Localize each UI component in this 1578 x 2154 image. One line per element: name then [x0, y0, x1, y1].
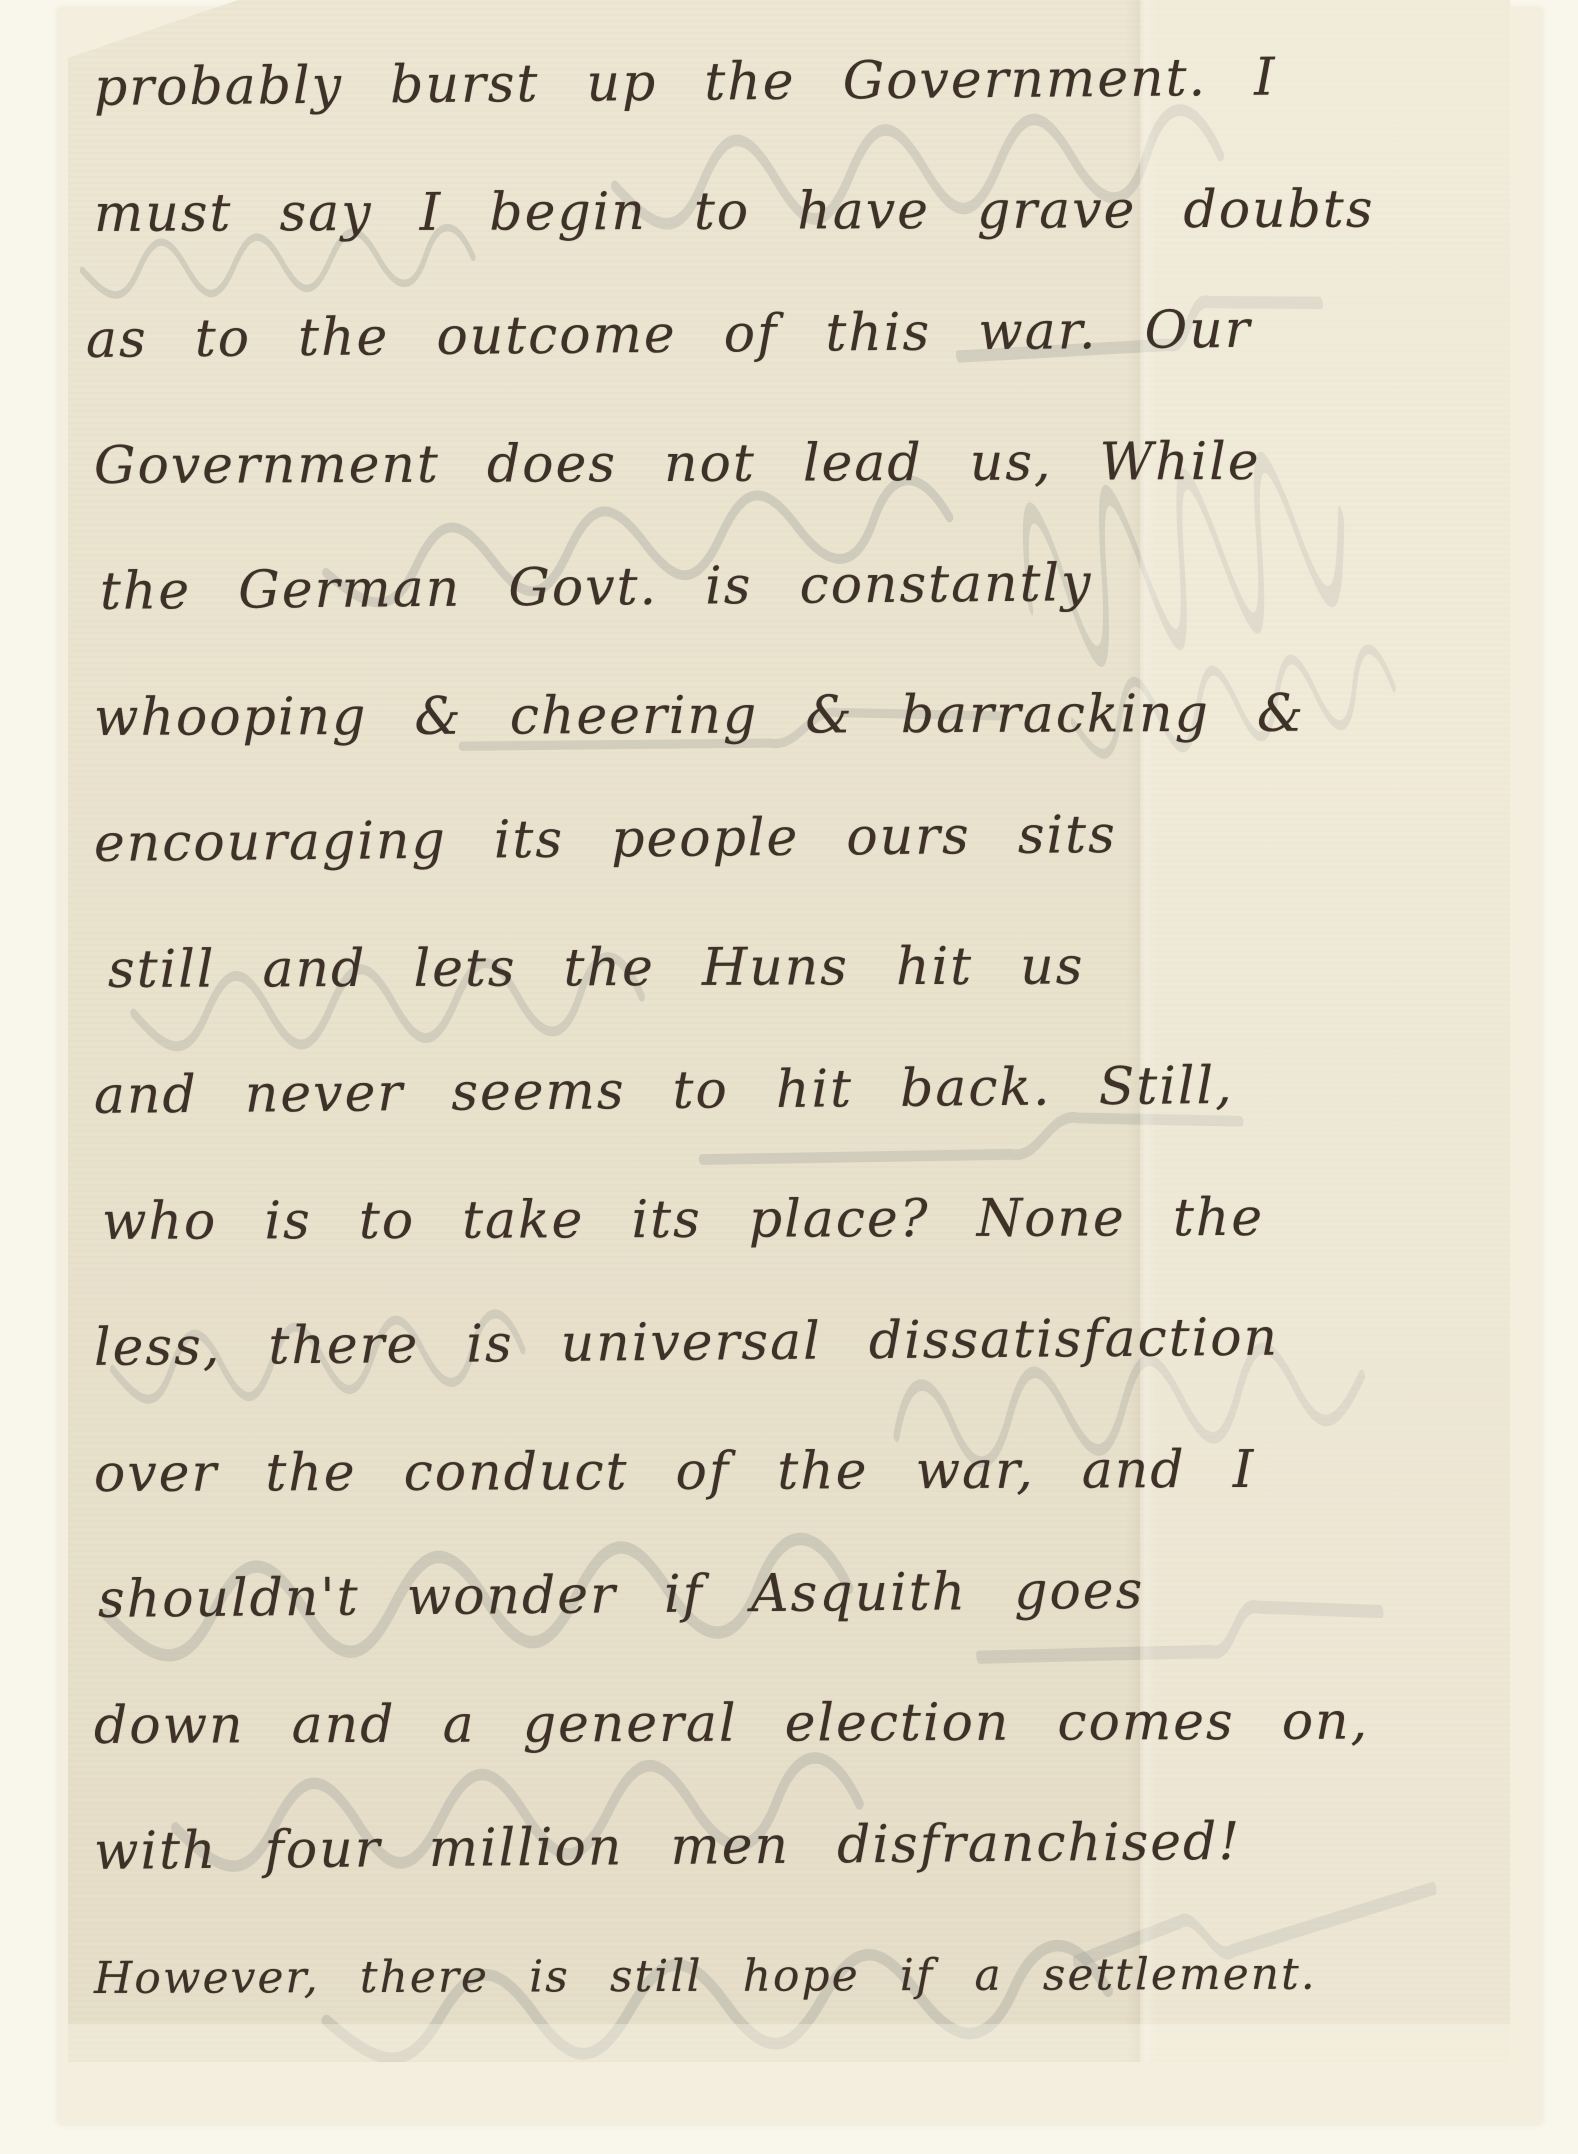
letter-page: probably burst up the Government. I must…	[68, 0, 1510, 2062]
handwritten-line: the German Govt. is constantly	[81, 517, 1500, 655]
handwritten-line: encouraging its people ours sits	[81, 769, 1500, 907]
handwritten-line: less, there is universal dissatisfaction	[81, 1273, 1500, 1411]
handwritten-line: Government does not lead us, While	[82, 398, 1500, 529]
handwritten-line: who is to take its place? None the	[82, 1154, 1500, 1285]
handwritten-line: as to the outcome of this war. Our	[81, 265, 1500, 403]
handwritten-line: with four million men disfranchised!	[81, 1777, 1500, 1915]
handwritten-line: over the conduct of the war, and I	[82, 1406, 1500, 1537]
handwritten-line: shouldn't wonder if Asquith goes	[81, 1525, 1500, 1663]
handwritten-line: still and lets the Huns hit us	[82, 902, 1500, 1033]
handwritten-line: down and a general election comes on,	[82, 1658, 1500, 1789]
handwritten-line: whooping & cheering & barracking &	[82, 650, 1500, 781]
handwritten-line: However, there is still hope if a settle…	[82, 1910, 1500, 2041]
handwritten-line: and never seems to hit back. Still,	[81, 1021, 1500, 1159]
handwritten-line: probably burst up the Government. I	[81, 13, 1500, 151]
letter-text: probably burst up the Government. I must…	[82, 25, 1500, 2041]
scan-background: probably burst up the Government. I must…	[0, 0, 1578, 2154]
handwritten-line: must say I begin to have grave doubts	[82, 146, 1500, 277]
